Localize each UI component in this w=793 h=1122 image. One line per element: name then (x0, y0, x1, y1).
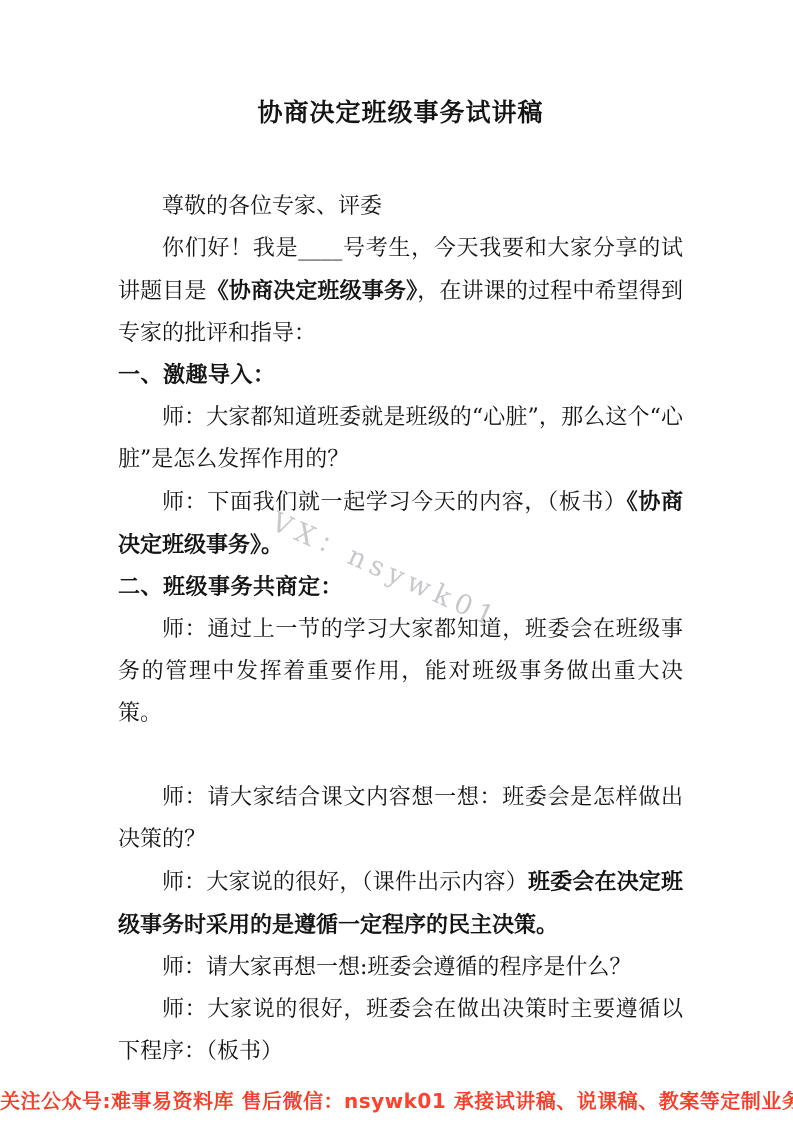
text-run: 师：大家说的很好，班委会在做出决策时主要遵循以下程序：（板书） (118, 997, 683, 1064)
paragraph: 师：请大家再想一想:班委会遵循的程序是什么？ (118, 947, 683, 989)
section-heading: 二、班级事务共商定： (118, 567, 683, 609)
paragraph: 师：通过上一节的学习大家都知道，班委会在班级事务的管理中发挥着重要作用，能对班级… (118, 609, 683, 735)
paragraph: 师：大家说的很好，班委会在做出决策时主要遵循以下程序：（板书） (118, 989, 683, 1073)
footer-banner: 关注公众号:难事易资料库 售后微信：nsywk01 承接试讲稿、说课稿、教案等定… (0, 1088, 793, 1114)
text-run: 师：大家说的很好，（课件出示内容） (162, 870, 528, 895)
footer-text-run: 关注公众号:难事易资料库 (0, 1089, 241, 1113)
document-title: 协商决定班级事务试讲稿 (118, 96, 683, 130)
paragraph: 你们好！我是____号考生，今天我要和大家分享的试讲题目是《协商决定班级事务》，… (118, 228, 683, 355)
paragraph: 师：下面我们就一起学习今天的内容，（板书）《协商决定班级事务》。 (118, 481, 683, 567)
text-run: 师：通过上一节的学习大家都知道，班委会在班级事务的管理中发挥着重要作用，能对班级… (118, 617, 683, 726)
paragraph: 尊敬的各位专家、评委 (118, 186, 683, 228)
document-content: 协商决定班级事务试讲稿 尊敬的各位专家、评委你们好！我是____号考生，今天我要… (118, 96, 683, 1073)
paragraph: 师：请大家结合课文内容想一想：班委会是怎样做出决策的？ (118, 777, 683, 861)
paragraph: 师：大家都知道班委就是班级的“心脏”，那么这个“心脏”是怎么发挥作用的？ (118, 397, 683, 481)
footer-text-run: 售后微信： (241, 1089, 344, 1113)
fill-in-blank: ____ (298, 236, 342, 261)
text-run: 师：请大家再想一想:班委会遵循的程序是什么？ (162, 955, 631, 980)
text-run: 二、班级事务共商定： (118, 575, 343, 600)
text-run: 师：请大家结合课文内容想一想：班委会是怎样做出决策的？ (118, 785, 683, 852)
text-run: 《协商决定班级事务》 (207, 278, 418, 304)
document-page: 协商决定班级事务试讲稿 尊敬的各位专家、评委你们好！我是____号考生，今天我要… (0, 0, 793, 1122)
document-body: 尊敬的各位专家、评委你们好！我是____号考生，今天我要和大家分享的试讲题目是《… (118, 186, 683, 1073)
text-run: 一、激趣导入： (118, 363, 276, 388)
text-run: 师：大家都知道班委就是班级的“心脏”，那么这个“心脏”是怎么发挥作用的？ (118, 405, 683, 472)
blank-line (118, 735, 683, 777)
section-heading: 一、激趣导入： (118, 355, 683, 397)
text-run: 师：下面我们就一起学习今天的内容，（板书） (162, 490, 627, 515)
wechat-id-text: nsywk01 (344, 1089, 446, 1113)
text-run: 你们好！我是 (162, 236, 298, 261)
text-run: 尊敬的各位专家、评委 (162, 194, 382, 219)
paragraph: 师：大家说的很好，（课件出示内容）班委会在决定班级事务时采用的是遵循一定程序的民… (118, 861, 683, 947)
footer-text-run: 承接试讲稿、说课稿、教案等定制业务 (446, 1089, 793, 1113)
